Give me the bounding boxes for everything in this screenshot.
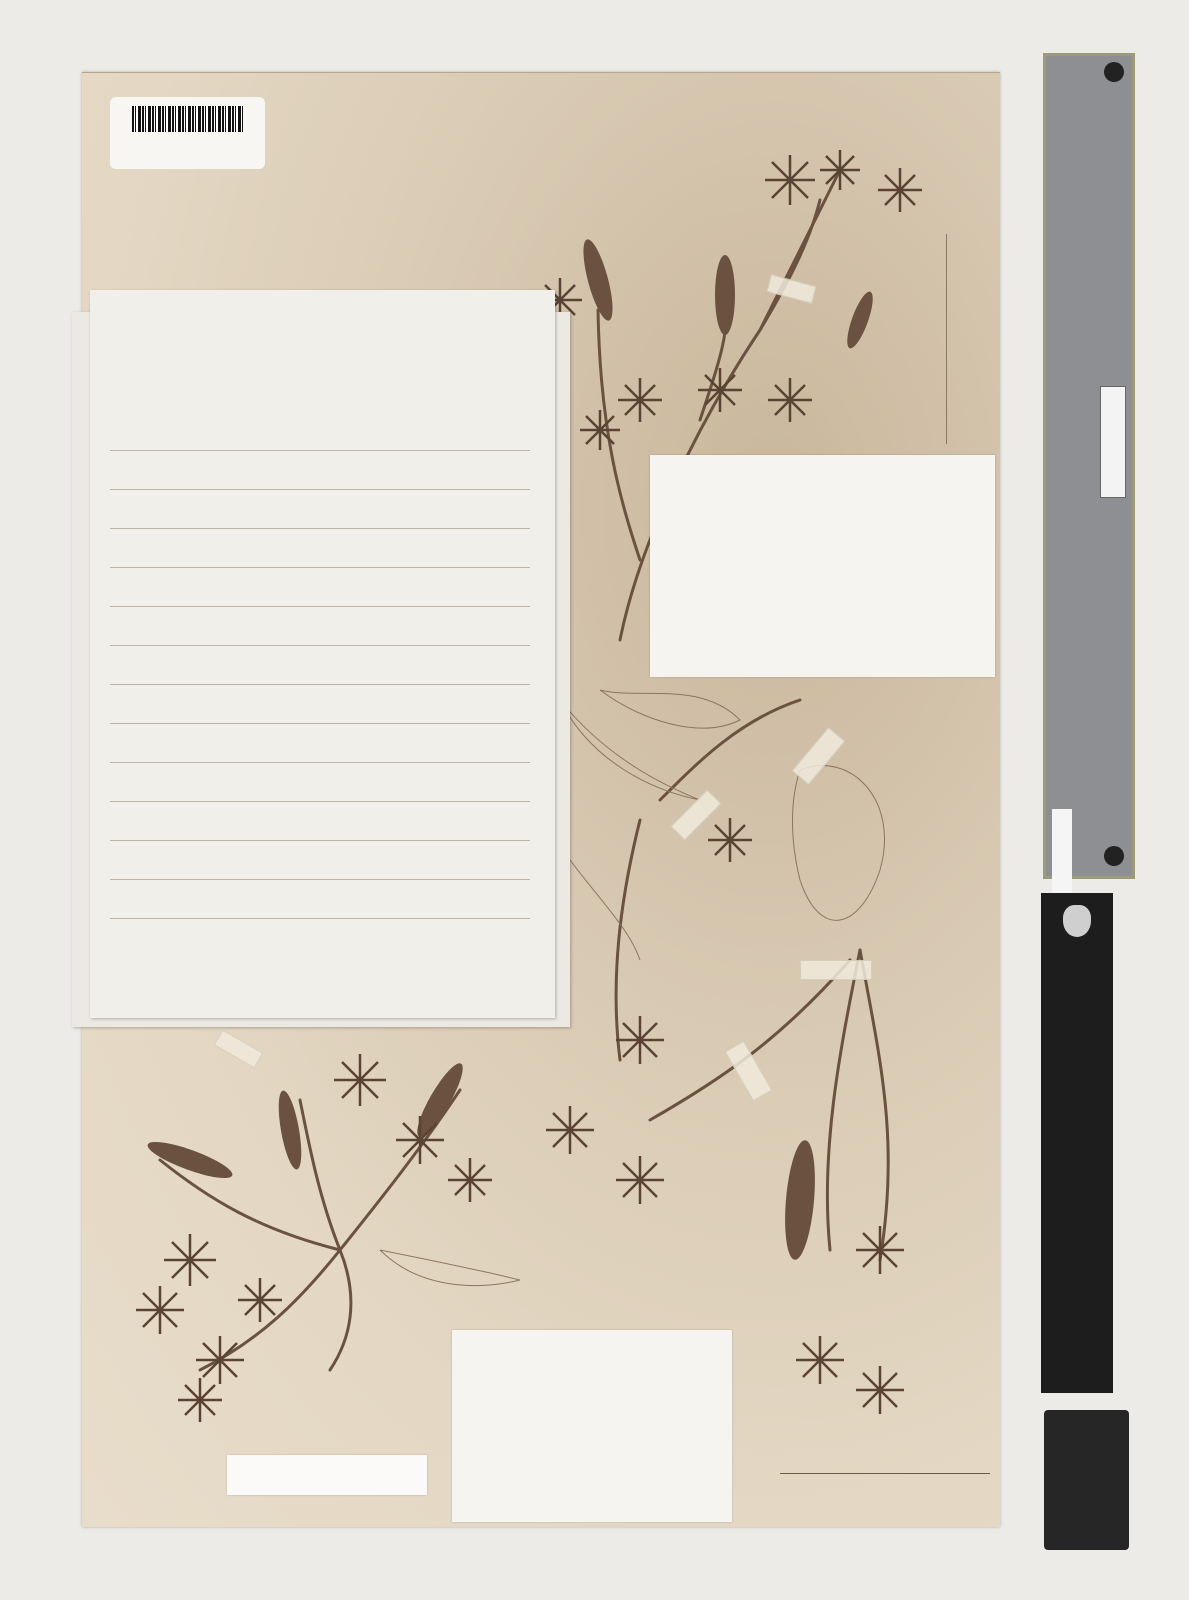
color-checker-card <box>1044 1410 1129 1550</box>
barcode-label <box>110 97 265 169</box>
letter-handwriting-lines <box>110 450 530 957</box>
tape-strip <box>800 960 872 980</box>
kew-crest-icon <box>1063 905 1091 937</box>
registration-dot-icon <box>1104 846 1124 866</box>
registration-dot-icon <box>1104 62 1124 82</box>
barcode-bars <box>132 106 243 132</box>
gray-target <box>1100 386 1126 498</box>
herbarium-label <box>780 1473 990 1519</box>
description-label <box>650 455 995 677</box>
color-calibration-bar <box>1043 53 1135 879</box>
determination-label <box>227 1455 427 1495</box>
collector-label <box>452 1330 732 1522</box>
herbarium-label-vertical <box>946 234 975 444</box>
kew-scale-bar <box>1041 893 1113 1393</box>
colorbar-id-label <box>1052 809 1072 899</box>
